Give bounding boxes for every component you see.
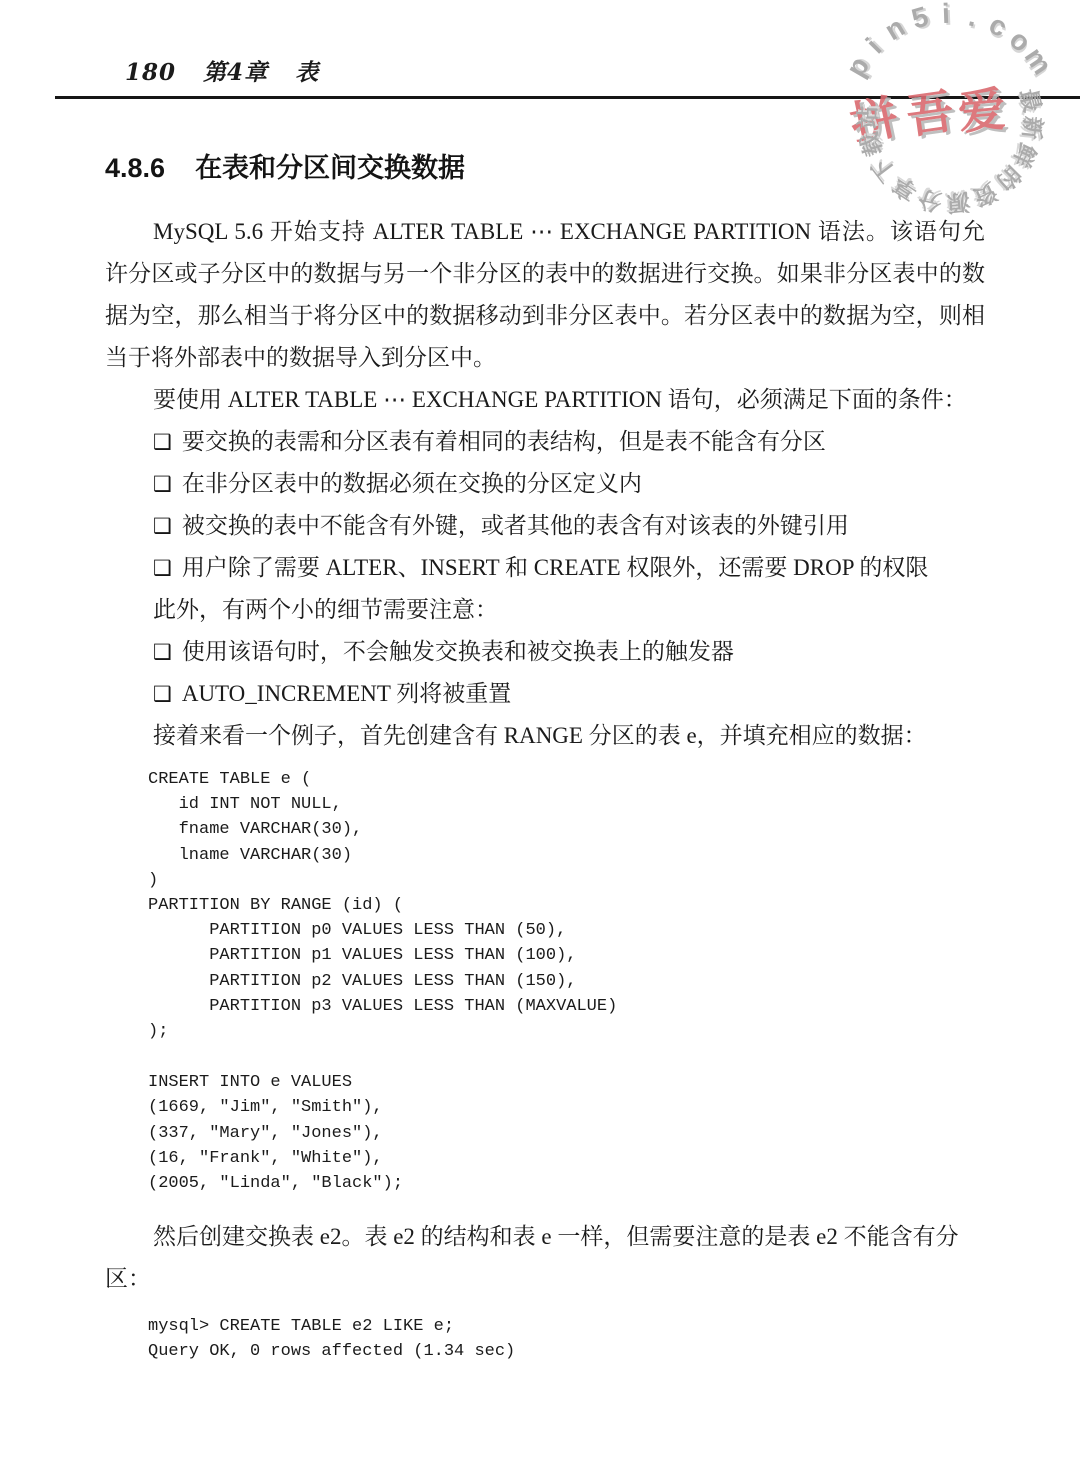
bullet-text: 要交换的表需和分区表有着相同的表结构，但是表不能含有分区 (182, 421, 826, 463)
chapter-label: 第4章 (203, 59, 268, 86)
page-content: 4.8.6 在表和分区间交换数据 MySQL 5.6 开始支持 ALTER TA… (105, 146, 985, 1365)
book-page: 180 第4章 表 4.8.6 在表和分区间交换数据 MySQL 5.6 开始支… (0, 0, 1080, 1478)
wm-site-char: c (984, 8, 1012, 44)
page-number: 180 (125, 59, 176, 86)
square-bullet-icon: ❑ (153, 631, 172, 673)
wm-ring-char: 站 (849, 105, 883, 129)
chapter-title: 表 (295, 59, 319, 86)
bullet-item: ❑ 在非分区表中的数据必须在交换的分区定义内 (105, 463, 985, 505)
example-lead: 接着来看一个例子，首先创建含有 RANGE 分区的表 e，并填充相应的数据： (105, 715, 985, 757)
square-bullet-icon: ❑ (153, 505, 172, 547)
square-bullet-icon: ❑ (153, 421, 172, 463)
bullet-text: 用户除了需要 ALTER、INSERT 和 CREATE 权限外，还需要 DRO… (182, 547, 929, 589)
page-header: 180 第4章 表 (55, 54, 1080, 99)
code-create-table: CREATE TABLE e ( id INT NOT NULL, fname … (105, 767, 985, 1044)
wm-site-char: . (966, 0, 981, 33)
code-create-e2: mysql> CREATE TABLE e2 LIKE e; Query OK,… (105, 1314, 985, 1364)
requirements-lead: 要使用 ALTER TABLE ⋯ EXCHANGE PARTITION 语句，… (105, 379, 985, 421)
square-bullet-icon: ❑ (153, 673, 172, 715)
bullet-item: ❑ 要交换的表需和分区表有着相同的表结构，但是表不能含有分区 (105, 421, 985, 463)
section-heading: 4.8.6 在表和分区间交换数据 (105, 146, 985, 185)
wm-site-char: o (1003, 23, 1037, 58)
square-bullet-icon: ❑ (153, 463, 172, 505)
bullet-item: ❑ 用户除了需要 ALTER、INSERT 和 CREATE 权限外，还需要 D… (105, 547, 985, 589)
bullet-text: 使用该语句时，不会触发交换表和被交换表上的触发器 (182, 631, 734, 673)
wm-site-char: 5 (908, 1, 932, 36)
bullet-item: ❑ 被交换的表中不能含有外键，或者其他的表含有对该表的外键引用 (105, 505, 985, 547)
wm-site-char: n (880, 11, 911, 47)
section-number: 4.8.6 (105, 153, 165, 184)
section-title: 在表和分区间交换数据 (195, 146, 465, 185)
bullet-item: ❑ AUTO_INCREMENT 列将被重置 (105, 673, 985, 715)
code-insert-values: INSERT INTO e VALUES (1669, "Jim", "Smit… (105, 1070, 985, 1196)
bullet-text: AUTO_INCREMENT 列将被重置 (182, 673, 511, 715)
details-lead: 此外，有两个小的细节需要注意： (105, 589, 985, 631)
wm-site-char: i (942, 0, 951, 30)
wm-ring-char: 的 (990, 159, 1030, 199)
square-bullet-icon: ❑ (153, 547, 172, 589)
intro-paragraph: MySQL 5.6 开始支持 ALTER TABLE ⋯ EXCHANGE PA… (105, 211, 985, 379)
bullet-item: ❑ 使用该语句时，不会触发交换表和被交换表上的触发器 (105, 631, 985, 673)
wm-ring-char: 新 (1016, 115, 1051, 141)
bullet-text: 被交换的表中不能含有外键，或者其他的表含有对该表的外键引用 (182, 505, 849, 547)
e2-lead: 然后创建交换表 e2。表 e2 的结构和表 e 一样，但需要注意的是表 e2 不… (105, 1216, 985, 1300)
bullet-text: 在非分区表中的数据必须在交换的分区定义内 (182, 463, 642, 505)
wm-ring-char: 鲜 (1006, 138, 1046, 173)
